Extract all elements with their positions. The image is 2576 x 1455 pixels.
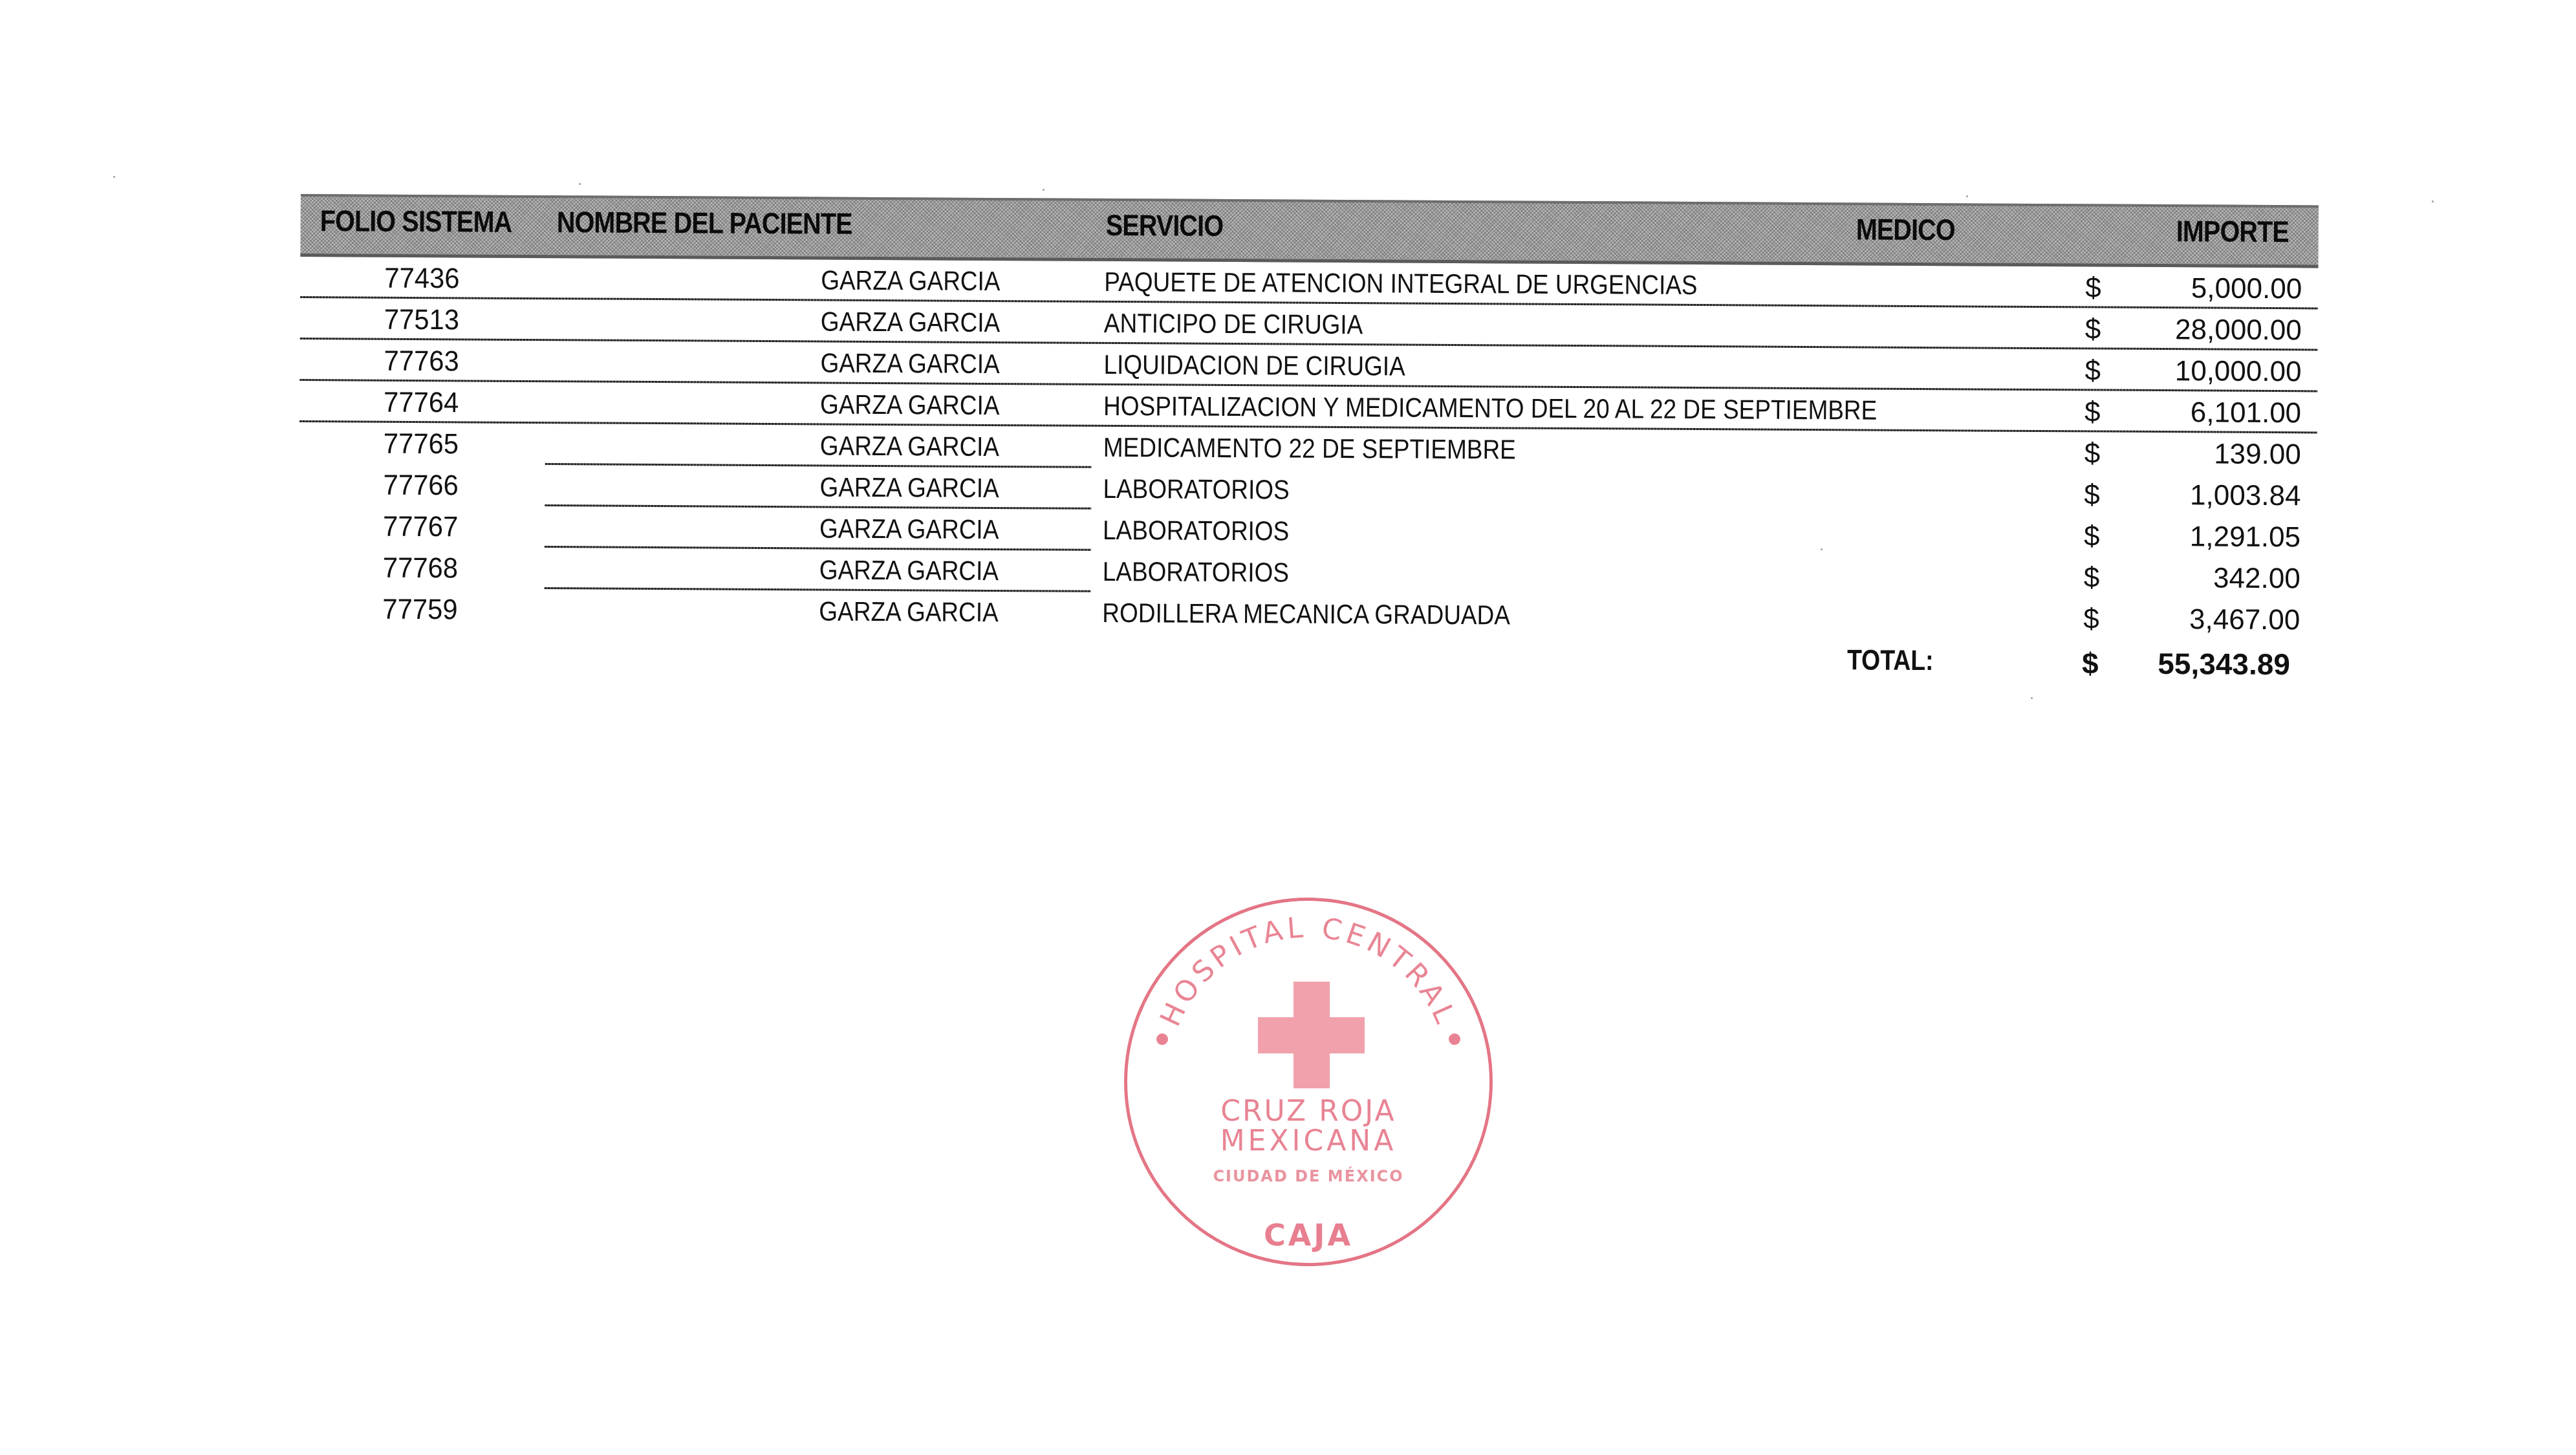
folio-cell: 77759 — [382, 594, 458, 627]
table-body: 77436GARZA GARCIAPAQUETE DE ATENCION INT… — [298, 257, 2318, 640]
table-header: FOLIO SISTEMA NOMBRE DEL PACIENTE SERVIC… — [300, 194, 2318, 268]
folio-cell: 77765 — [384, 428, 459, 461]
header-folio-sistema: FOLIO SISTEMA — [320, 203, 512, 239]
scan-speck — [579, 183, 581, 185]
scan-speck — [2432, 200, 2434, 202]
service-cell: HOSPITALIZACION Y MEDICAMENTO DEL 20 AL … — [1103, 391, 1877, 426]
patient-name-cell: GARZA GARCIA — [819, 513, 999, 545]
folio-cell: 77764 — [384, 387, 459, 420]
stamp-org-line2: MEXICANA — [1127, 1125, 1489, 1158]
scan-speck — [1043, 189, 1044, 191]
currency-symbol: $ — [2084, 561, 2100, 594]
total-value: 55,343.89 — [2158, 646, 2290, 682]
service-cell: RODILLERA MECANICA GRADUADA — [1102, 598, 1510, 631]
stamp-dot-left — [1156, 1033, 1168, 1045]
service-cell: LIQUIDACION DE CIRUGIA — [1103, 349, 1405, 382]
amount-cell: 10,000.00 — [2175, 355, 2302, 388]
amount-cell: 5,000.00 — [2191, 272, 2302, 305]
stamp-department: CAJA — [1127, 1218, 1489, 1253]
header-nombre-paciente: NOMBRE DEL PACIENTE — [557, 204, 852, 241]
currency-symbol: $ — [2085, 272, 2101, 304]
service-cell: PAQUETE DE ATENCION INTEGRAL DE URGENCIA… — [1104, 266, 1698, 301]
scan-speck — [2031, 697, 2033, 699]
stamp-city: CIUDAD DE MÉXICO — [1127, 1167, 1489, 1185]
hospital-stamp: HOSPITAL CENTRAL CRUZ ROJA MEXICANA CIUD… — [1124, 898, 1493, 1266]
scanned-document-page: FOLIO SISTEMA NOMBRE DEL PACIENTE SERVIC… — [0, 0, 2576, 1455]
amount-cell: 342.00 — [2213, 563, 2300, 596]
total-label: TOTAL: — [1847, 644, 1934, 677]
patient-name-cell: GARZA GARCIA — [820, 389, 1000, 421]
currency-symbol: $ — [2084, 520, 2100, 552]
amount-cell: 6,101.00 — [2191, 396, 2302, 429]
currency-symbol: $ — [2084, 354, 2101, 387]
service-cell: MEDICAMENTO 22 DE SEPTIEMBRE — [1103, 432, 1516, 466]
folio-cell: 77513 — [384, 304, 460, 337]
currency-symbol: $ — [2085, 313, 2101, 345]
patient-name-cell: GARZA GARCIA — [821, 306, 1001, 338]
folio-cell: 77766 — [383, 469, 459, 502]
stamp-dot-right — [1449, 1033, 1460, 1045]
scan-speck — [113, 176, 115, 178]
folio-cell: 77767 — [383, 511, 459, 544]
patient-name-cell: GARZA GARCIA — [821, 264, 1001, 297]
currency-symbol: $ — [2084, 479, 2100, 511]
header-importe: IMPORTE — [2176, 213, 2289, 249]
patient-name-cell: GARZA GARCIA — [819, 554, 999, 587]
patient-name-cell: GARZA GARCIA — [820, 347, 1000, 380]
amount-cell: 1,003.84 — [2190, 479, 2301, 512]
stamp-org-line1: CRUZ ROJA — [1127, 1095, 1489, 1128]
patient-name-cell: GARZA GARCIA — [819, 596, 999, 628]
amount-cell: 1,291.05 — [2190, 521, 2301, 554]
currency-symbol: $ — [2084, 437, 2101, 469]
currency-symbol: $ — [2084, 396, 2101, 428]
header-servicio: SERVICIO — [1106, 208, 1224, 243]
red-cross-icon-bar — [1258, 1017, 1365, 1053]
amount-cell: 28,000.00 — [2175, 314, 2302, 347]
service-cell: ANTICIPO DE CIRUGIA — [1104, 308, 1363, 340]
billing-table: FOLIO SISTEMA NOMBRE DEL PACIENTE SERVIC… — [298, 194, 2319, 685]
service-cell: LABORATORIOS — [1103, 473, 1289, 506]
header-medico: MEDICO — [1856, 211, 1955, 247]
folio-cell: 77436 — [384, 263, 460, 296]
patient-name-cell: GARZA GARCIA — [820, 430, 1000, 462]
currency-symbol: $ — [2083, 603, 2099, 635]
folio-cell: 77763 — [384, 345, 459, 378]
service-cell: LABORATORIOS — [1103, 515, 1289, 547]
scan-speck — [1966, 195, 1968, 197]
amount-cell: 139.00 — [2214, 438, 2301, 471]
total-currency: $ — [2082, 645, 2099, 680]
patient-name-cell: GARZA GARCIA — [819, 471, 999, 504]
amount-cell: 3,467.00 — [2189, 603, 2300, 636]
folio-cell: 77768 — [383, 552, 459, 585]
scan-speck — [1821, 548, 1823, 550]
service-cell: LABORATORIOS — [1103, 556, 1289, 588]
